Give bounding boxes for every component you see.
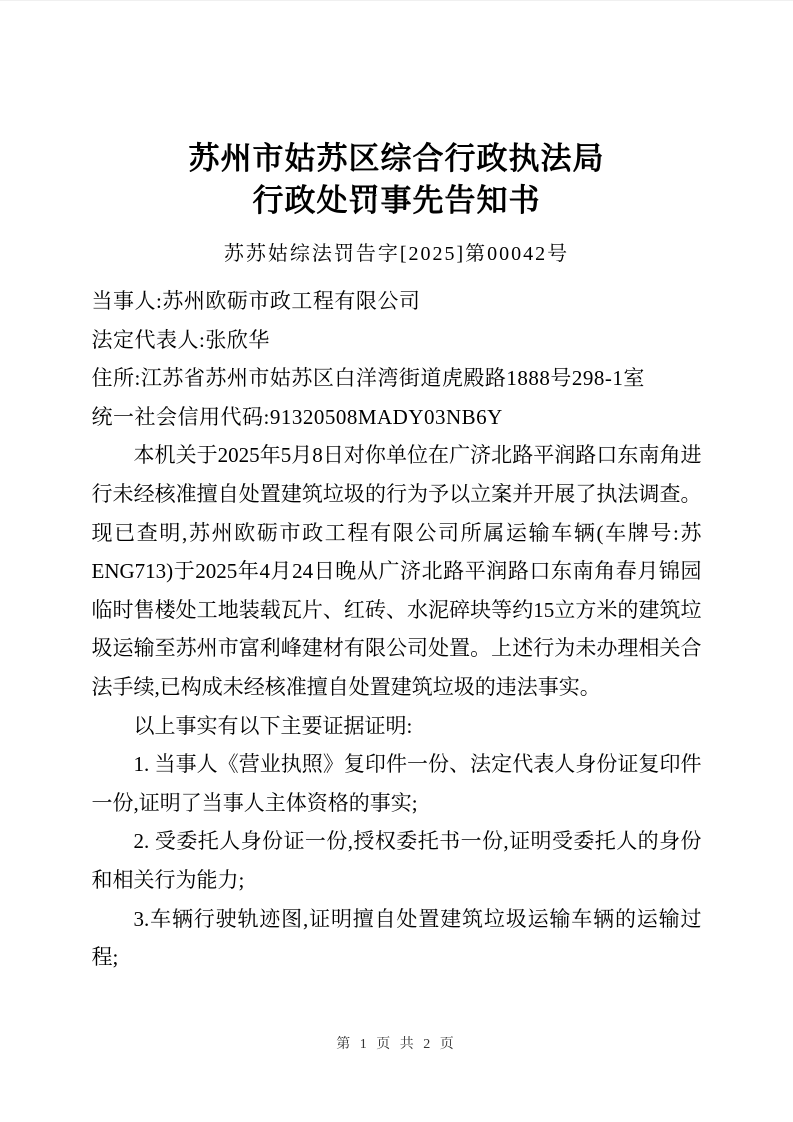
field-party: 当事人:苏州欧砺市政工程有限公司	[92, 282, 702, 321]
field-credit-code: 统一社会信用代码:91320508MADY03NB6Y	[92, 398, 702, 437]
field-legal-representative-value: 张欣华	[205, 328, 270, 352]
field-legal-representative-label: 法定代表人:	[92, 328, 206, 352]
field-address-value: 江苏省苏州市姑苏区白洋湾街道虎殿路1888号298-1室	[141, 366, 645, 390]
paragraph-evidence-item-3: 3.车辆行驶轨迹图,证明擅自处置建筑垃圾运输车辆的运输过程;	[92, 900, 702, 977]
field-party-value: 苏州欧砺市政工程有限公司	[162, 289, 420, 313]
field-credit-code-value: 91320508MADY03NB6Y	[270, 405, 503, 429]
issuing-authority-title: 苏州市姑苏区综合行政执法局	[0, 139, 793, 179]
field-address-label: 住所:	[92, 366, 141, 390]
document-title: 行政处罚事先告知书	[0, 181, 793, 221]
field-party-label: 当事人:	[92, 289, 163, 313]
paragraph-evidence-item-2: 2. 受委托人身份证一份,授权委托书一份,证明受委托人的身份和相关行为能力;	[92, 822, 702, 899]
paragraph-case-facts: 本机关于2025年5月8日对你单位在广济北路平润路口东南角进行未经核准擅自处置建…	[92, 436, 702, 706]
field-credit-code-label: 统一社会信用代码:	[92, 405, 270, 429]
paragraph-evidence-intro: 以上事实有以下主要证据证明:	[92, 707, 702, 746]
document-page: 苏州市姑苏区综合行政执法局 行政处罚事先告知书 苏苏姑综法罚告字[2025]第0…	[0, 0, 793, 1122]
page-number-footer: 第 1 页 共 2 页	[0, 1033, 793, 1053]
field-legal-representative: 法定代表人:张欣华	[92, 321, 702, 360]
document-header: 苏州市姑苏区综合行政执法局 行政处罚事先告知书 苏苏姑综法罚告字[2025]第0…	[0, 1, 793, 266]
field-address: 住所:江苏省苏州市姑苏区白洋湾街道虎殿路1888号298-1室	[92, 359, 702, 398]
document-body: 当事人:苏州欧砺市政工程有限公司 法定代表人:张欣华 住所:江苏省苏州市姑苏区白…	[92, 282, 702, 977]
paragraph-evidence-item-1: 1. 当事人《营业执照》复印件一份、法定代表人身份证复印件一份,证明了当事人主体…	[92, 745, 702, 822]
document-number: 苏苏姑综法罚告字[2025]第00042号	[0, 237, 793, 266]
